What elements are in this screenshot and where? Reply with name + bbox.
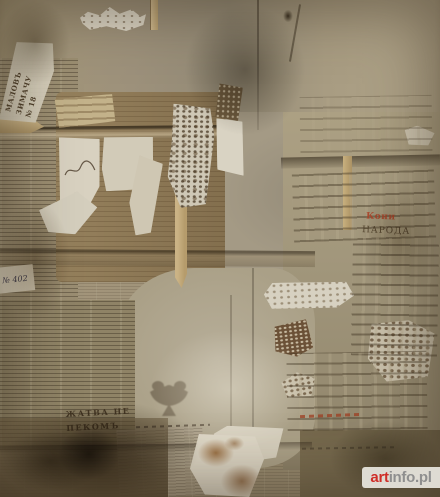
crest-stamp-icon bbox=[144, 374, 194, 418]
crack-line bbox=[252, 268, 254, 443]
manuscript-text-lines bbox=[286, 351, 427, 431]
stained-paper-fragment bbox=[190, 434, 264, 497]
scrap-number-label: № 402 bbox=[0, 264, 35, 294]
wood-stick bbox=[150, 0, 158, 30]
scrap-label-harvest: ЖАТВА НЕ ПЕКОМЪ bbox=[65, 404, 142, 435]
artwork-photo: МАЛОВЪ ЗИМАЧУ № 18 № 402 ЖАТВА НЕ ПЕКОМЪ… bbox=[0, 0, 440, 497]
crack-line bbox=[257, 0, 259, 130]
tear-seam bbox=[0, 249, 315, 267]
red-ink-word: Кони bbox=[366, 211, 396, 222]
manuscript-text-lines bbox=[300, 95, 433, 153]
watermark-brand-red: art bbox=[370, 469, 388, 486]
manuscript-text-lines bbox=[351, 237, 439, 356]
ink-squiggle-icon bbox=[61, 155, 99, 183]
dark-ink-word: НАРОДА bbox=[362, 225, 411, 237]
artinfo-watermark: art info.pl bbox=[362, 467, 440, 488]
watermark-brand-gray: info.pl bbox=[389, 469, 432, 486]
scrap-text-line: № 402 bbox=[2, 273, 28, 285]
crack-line bbox=[230, 295, 232, 440]
